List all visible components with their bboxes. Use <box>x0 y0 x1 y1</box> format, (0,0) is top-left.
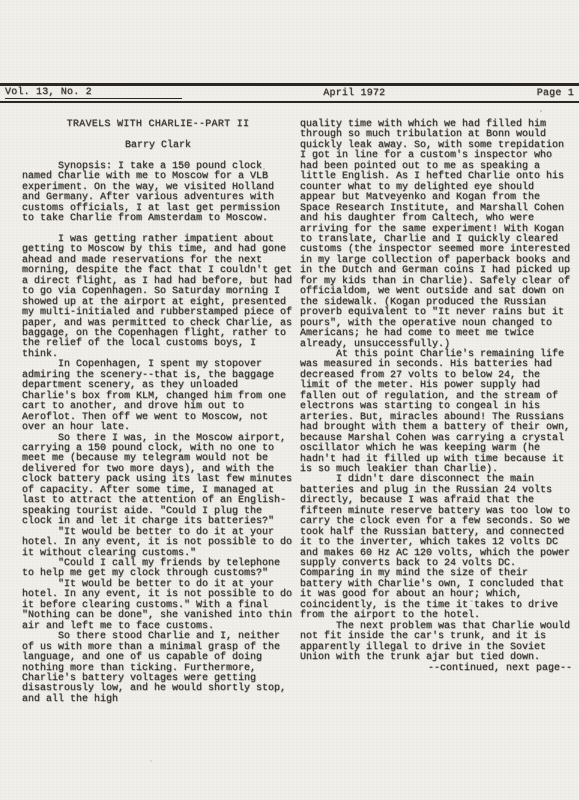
masthead: Vol. 13, No. 2 April 1972 Page 1 <box>0 83 579 103</box>
continuation-paragraph: quality time with which we had filled hi… <box>300 120 572 350</box>
right-column: quality time with which we had filled hi… <box>300 120 572 705</box>
volume-issue: Vol. 13, No. 2 <box>5 87 182 99</box>
paragraph: I was getting rather impatient about get… <box>22 235 294 360</box>
scan-speck <box>30 248 32 251</box>
issue-date: April 1972 <box>323 88 385 99</box>
article-author: Barry Clark <box>22 141 294 151</box>
paragraph: At this point Charlie's remaining life w… <box>300 350 572 475</box>
dialogue-paragraph: "It would be better to do it at your hot… <box>22 580 294 632</box>
continued-note: --continued, next page-- <box>300 664 572 674</box>
article-body: TRAVELS WITH CHARLIE--PART II Barry Clar… <box>22 120 572 705</box>
left-column: TRAVELS WITH CHARLIE--PART II Barry Clar… <box>22 120 294 705</box>
paragraph: I didn't dare disconnect the main batter… <box>300 475 572 621</box>
scan-speck <box>540 110 542 112</box>
scan-speck <box>470 600 473 602</box>
dialogue-paragraph: "Could I call my friends by telephone to… <box>22 559 294 580</box>
scan-speck <box>263 168 265 170</box>
dialogue-paragraph: "It would be better to do it at your hot… <box>22 528 294 559</box>
scanned-newsletter-page: Vol. 13, No. 2 April 1972 Page 1 TRAVELS… <box>0 0 579 800</box>
paragraph: The next problem was that Charlie would … <box>300 622 572 664</box>
scan-speck <box>150 760 152 762</box>
paragraph: So there stood Charlie and I, neither of… <box>22 632 294 705</box>
article-title: TRAVELS WITH CHARLIE--PART II <box>22 120 294 130</box>
synopsis-paragraph: Synopsis: I take a 150 pound clock named… <box>22 162 294 225</box>
page-number: Page 1 <box>527 88 574 99</box>
scan-speck <box>248 590 251 592</box>
paragraph: So there I was, in the Moscow airport, c… <box>22 434 294 528</box>
paragraph: In Copenhagen, I spent my stopover admir… <box>22 360 294 433</box>
